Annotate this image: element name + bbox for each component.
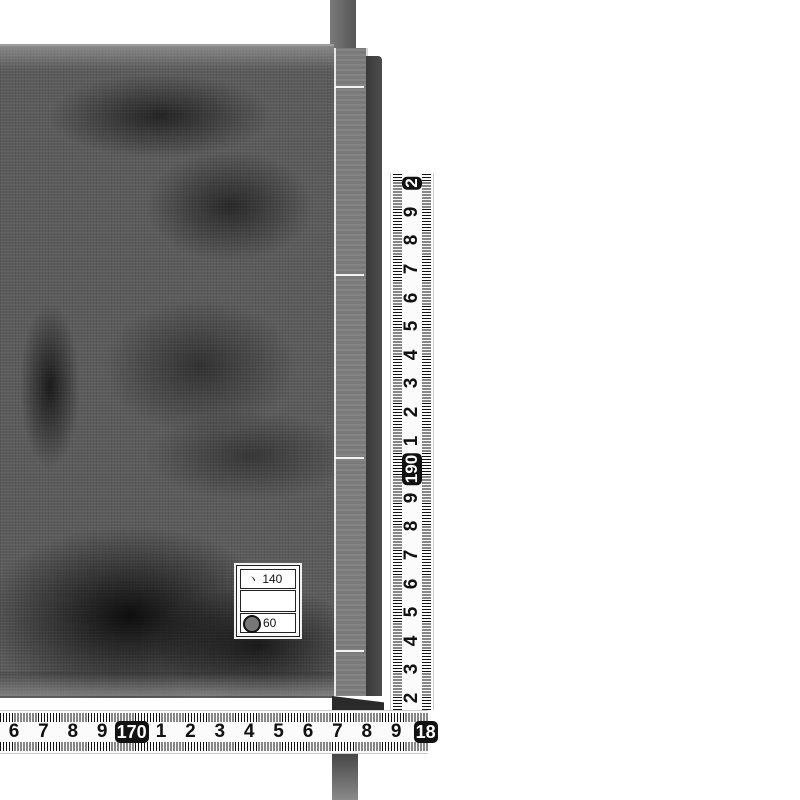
- ruler-digit: 5: [273, 721, 284, 743]
- label-row-blank: [240, 590, 296, 612]
- vertical-ruler: 234567891901234567892: [390, 173, 434, 710]
- ruler-digit: 7: [38, 721, 49, 743]
- cover-worn-top-edge: [0, 44, 334, 70]
- binding-thread: [334, 457, 364, 459]
- ruler-digit: 1: [402, 435, 422, 446]
- ruler-digit: 5: [402, 321, 422, 332]
- ruler-digit: 2: [402, 693, 422, 704]
- ruler-digit: 9: [402, 207, 422, 218]
- label-call-number: ヽ 140: [247, 570, 282, 588]
- label-volume-number: 60: [263, 614, 276, 632]
- binding-thread: [334, 650, 364, 652]
- ruler-digit: 8: [362, 721, 373, 743]
- ruler-ticks: [422, 173, 431, 710]
- ruler-digit: 5: [402, 607, 422, 618]
- ruler-digit: 4: [402, 350, 422, 361]
- ruler-digit: 3: [215, 721, 226, 743]
- ruler-digit: 7: [402, 550, 422, 561]
- library-label: ヽ 140 60: [234, 563, 302, 639]
- ruler-digit: 2: [402, 407, 422, 418]
- binding-tab-top: [330, 0, 356, 48]
- ruler-digit: 9: [391, 721, 402, 743]
- binding-thread: [334, 86, 364, 88]
- ruler-digit: 8: [402, 521, 422, 532]
- binding-thread: [334, 274, 364, 276]
- book-spine-binding: [334, 48, 368, 696]
- ruler-digit: 6: [303, 721, 314, 743]
- ruler-digit: 4: [244, 721, 255, 743]
- ruler-digit: 190: [402, 453, 422, 485]
- ruler-ticks: [0, 742, 428, 751]
- ruler-digit: 9: [97, 721, 108, 743]
- ruler-digit: 3: [402, 664, 422, 675]
- ruler-digit: 8: [402, 235, 422, 246]
- ruler-digit: 8: [68, 721, 79, 743]
- ruler-digit: 3: [402, 378, 422, 389]
- ruler-digit: 7: [402, 264, 422, 275]
- ruler-digit: 6: [9, 721, 20, 743]
- ruler-digit: 4: [402, 636, 422, 647]
- ruler-digit: 18: [414, 721, 438, 743]
- ruler-digit: 7: [332, 721, 343, 743]
- ruler-digit: 170: [115, 721, 149, 743]
- ruler-digit: 1: [156, 721, 167, 743]
- ruler-digit: 2: [185, 721, 196, 743]
- stamp-seal-icon: [243, 615, 261, 633]
- label-row-stamp: 60: [240, 613, 296, 633]
- ruler-digit: 6: [402, 292, 422, 303]
- binding-tab-bottom: [332, 752, 358, 800]
- ruler-digit: 6: [402, 578, 422, 589]
- ruler-digit: 2: [402, 176, 422, 189]
- spine-shadow-edge: [366, 56, 382, 696]
- cover-worn-bottom-edge: [0, 672, 334, 696]
- horizontal-ruler: 678917012345678918: [0, 710, 428, 754]
- ruler-digit: 9: [402, 493, 422, 504]
- label-row-call-number: ヽ 140: [240, 569, 296, 589]
